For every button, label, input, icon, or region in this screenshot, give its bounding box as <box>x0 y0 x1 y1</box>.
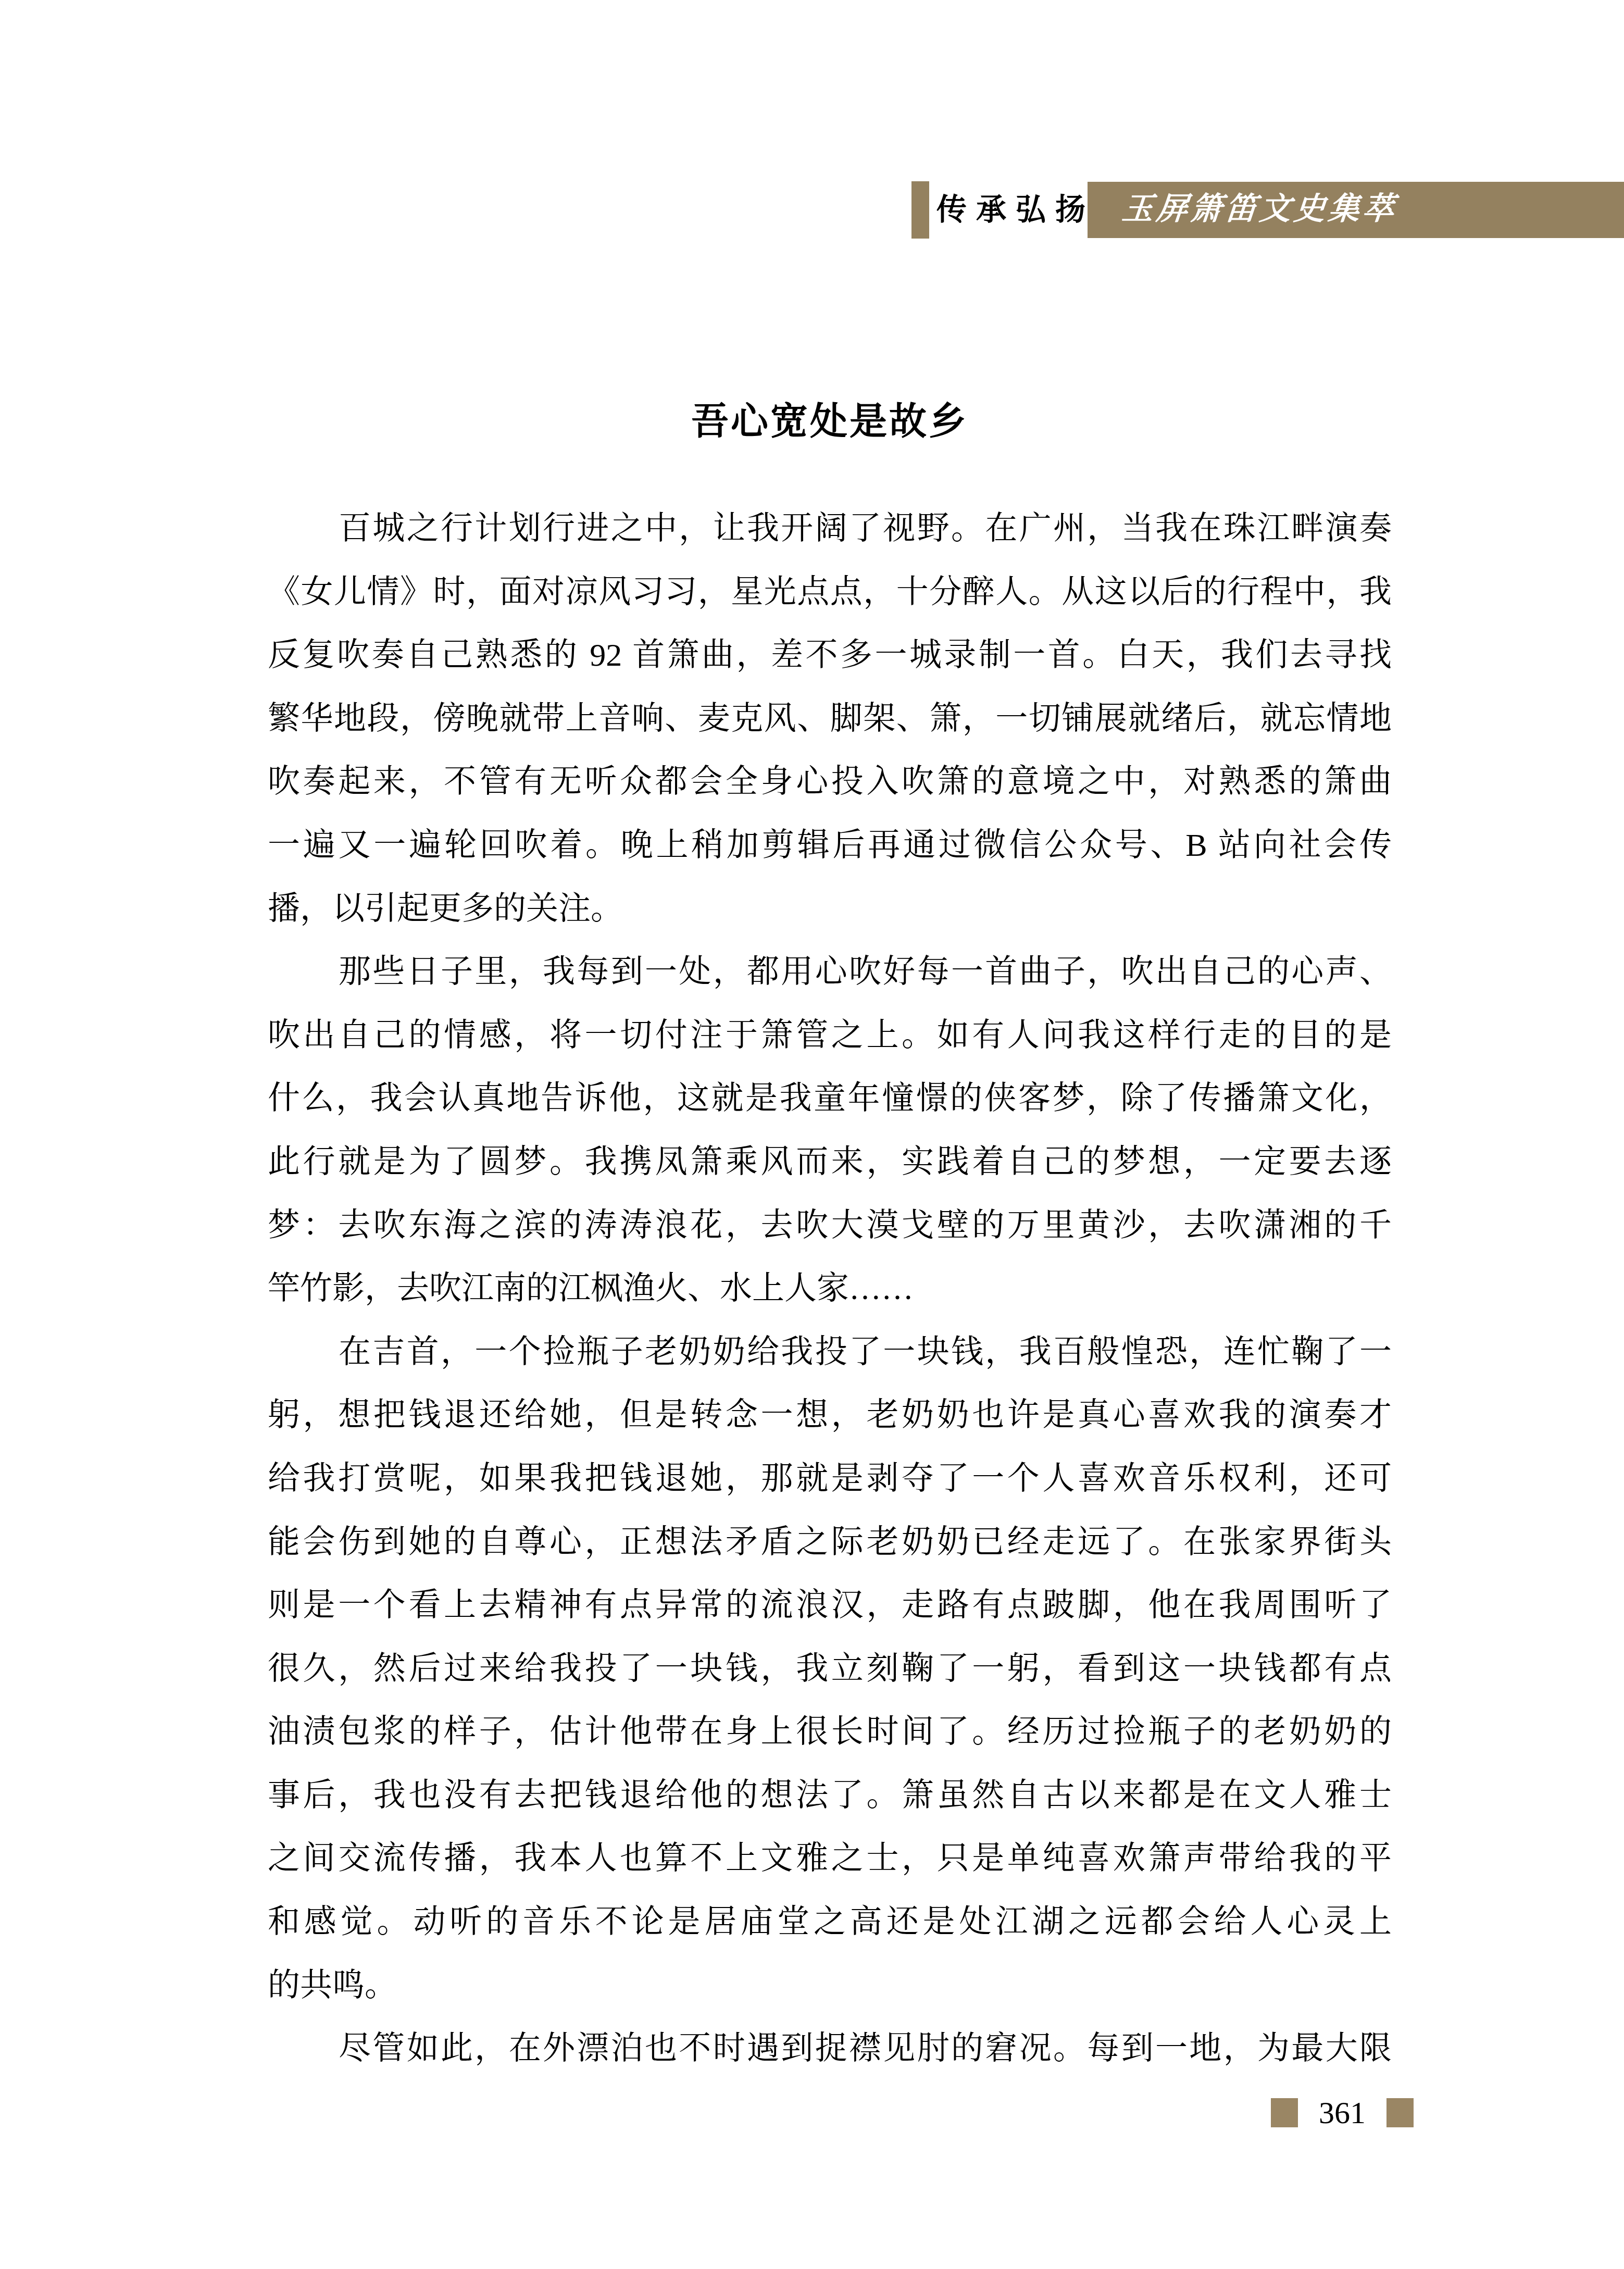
body-text-line: 什么，我会认真地告诉他，这就是我童年憧憬的侠客梦，除了传播箫文化， <box>268 1067 1392 1131</box>
body-text-line: 繁华地段，傍晚就带上音响、麦克风、脚架、箫，一切铺展就绪后，就忘情地 <box>268 688 1392 751</box>
page-number: 361 <box>1298 2095 1386 2130</box>
body-text-line: 事后，我也没有去把钱退给他的想法了。箫虽然自古以来都是在文人雅士 <box>268 1764 1392 1828</box>
body-text-line: 油渍包浆的样子，估计他带在身上很长时间了。经历过捡瓶子的老奶奶的 <box>268 1701 1392 1764</box>
body-text-line: 躬，想把钱退还给她，但是转念一想，老奶奶也许是真心喜欢我的演奏才 <box>268 1384 1392 1448</box>
body-text-line: 和感觉。动听的音乐不论是居庙堂之高还是处江湖之远都会给人心灵上 <box>268 1891 1392 1954</box>
header-accent-bar <box>911 181 929 239</box>
body-text-line: 《女儿情》时，面对凉风习习，星光点点，十分醉人。从这以后的行程中，我 <box>268 561 1392 625</box>
body-text-line: 那些日子里，我每到一处，都用心吹好每一首曲子，吹出自己的心声、 <box>268 941 1392 1004</box>
body-text-line: 反复吹奏自己熟悉的 92 首箫曲，差不多一城录制一首。白天，我们去寻找 <box>268 624 1392 688</box>
body-text-line: 则是一个看上去精神有点异常的流浪汉，走路有点跛脚，他在我周围听了 <box>268 1574 1392 1638</box>
article-body: 百城之行计划行进之中，让我开阔了视野。在广州，当我在珠江畔演奏《女儿情》时，面对… <box>268 497 1392 2081</box>
header-banner: 玉屏箫笛文史集萃 <box>1088 182 1624 238</box>
body-text-line: 尽管如此，在外漂泊也不时遇到捉襟见肘的窘况。每到一地，为最大限 <box>268 2017 1392 2081</box>
body-text-line: 之间交流传播，我本人也算不上文雅之士，只是单纯喜欢箫声带给我的平 <box>268 1827 1392 1891</box>
body-text-line: 百城之行计划行进之中，让我开阔了视野。在广州，当我在珠江畔演奏 <box>268 497 1392 561</box>
body-text-line: 此行就是为了圆梦。我携凤箫乘风而来，实践着自己的梦想，一定要去逐 <box>268 1131 1392 1194</box>
body-text-line: 梦：去吹东海之滨的涛涛浪花，去吹大漠戈壁的万里黄沙，去吹潇湘的千 <box>268 1194 1392 1258</box>
body-text-line: 吹奏起来，不管有无听众都会全身心投入吹箫的意境之中，对熟悉的箫曲 <box>268 751 1392 814</box>
body-text-line: 很久，然后过来给我投了一块钱，我立刻鞠了一躬，看到这一块钱都有点 <box>268 1638 1392 1701</box>
body-text-line: 吹出自己的情感，将一切付注于箫管之上。如有人问我这样行走的目的是 <box>268 1004 1392 1068</box>
body-text-line: 播，以引起更多的关注。 <box>268 878 1392 941</box>
header-section-label: 传承弘扬 <box>936 181 1095 239</box>
article-title: 吾心宽处是故乡 <box>268 391 1392 445</box>
banner-calligraphy-text: 玉屏箫笛文史集萃 <box>1119 182 1399 238</box>
page-number-left-square <box>1271 2098 1298 2127</box>
body-text-line: 在吉首，一个捡瓶子老奶奶给我投了一块钱，我百般惶恐，连忙鞠了一 <box>268 1321 1392 1385</box>
body-text-line: 竿竹影，去吹江南的江枫渔火、水上人家…… <box>268 1257 1392 1321</box>
page-number-right-square <box>1386 2098 1414 2127</box>
body-text-line: 给我打赏呢，如果我把钱退她，那就是剥夺了一个人喜欢音乐权利，还可 <box>268 1448 1392 1511</box>
body-text-line: 一遍又一遍轮回吹着。晚上稍加剪辑后再通过微信公众号、B 站向社会传 <box>268 814 1392 878</box>
body-text-line: 能会伤到她的自尊心，正想法矛盾之际老奶奶已经走远了。在张家界街头 <box>268 1511 1392 1575</box>
body-text-line: 的共鸣。 <box>268 1954 1392 2018</box>
